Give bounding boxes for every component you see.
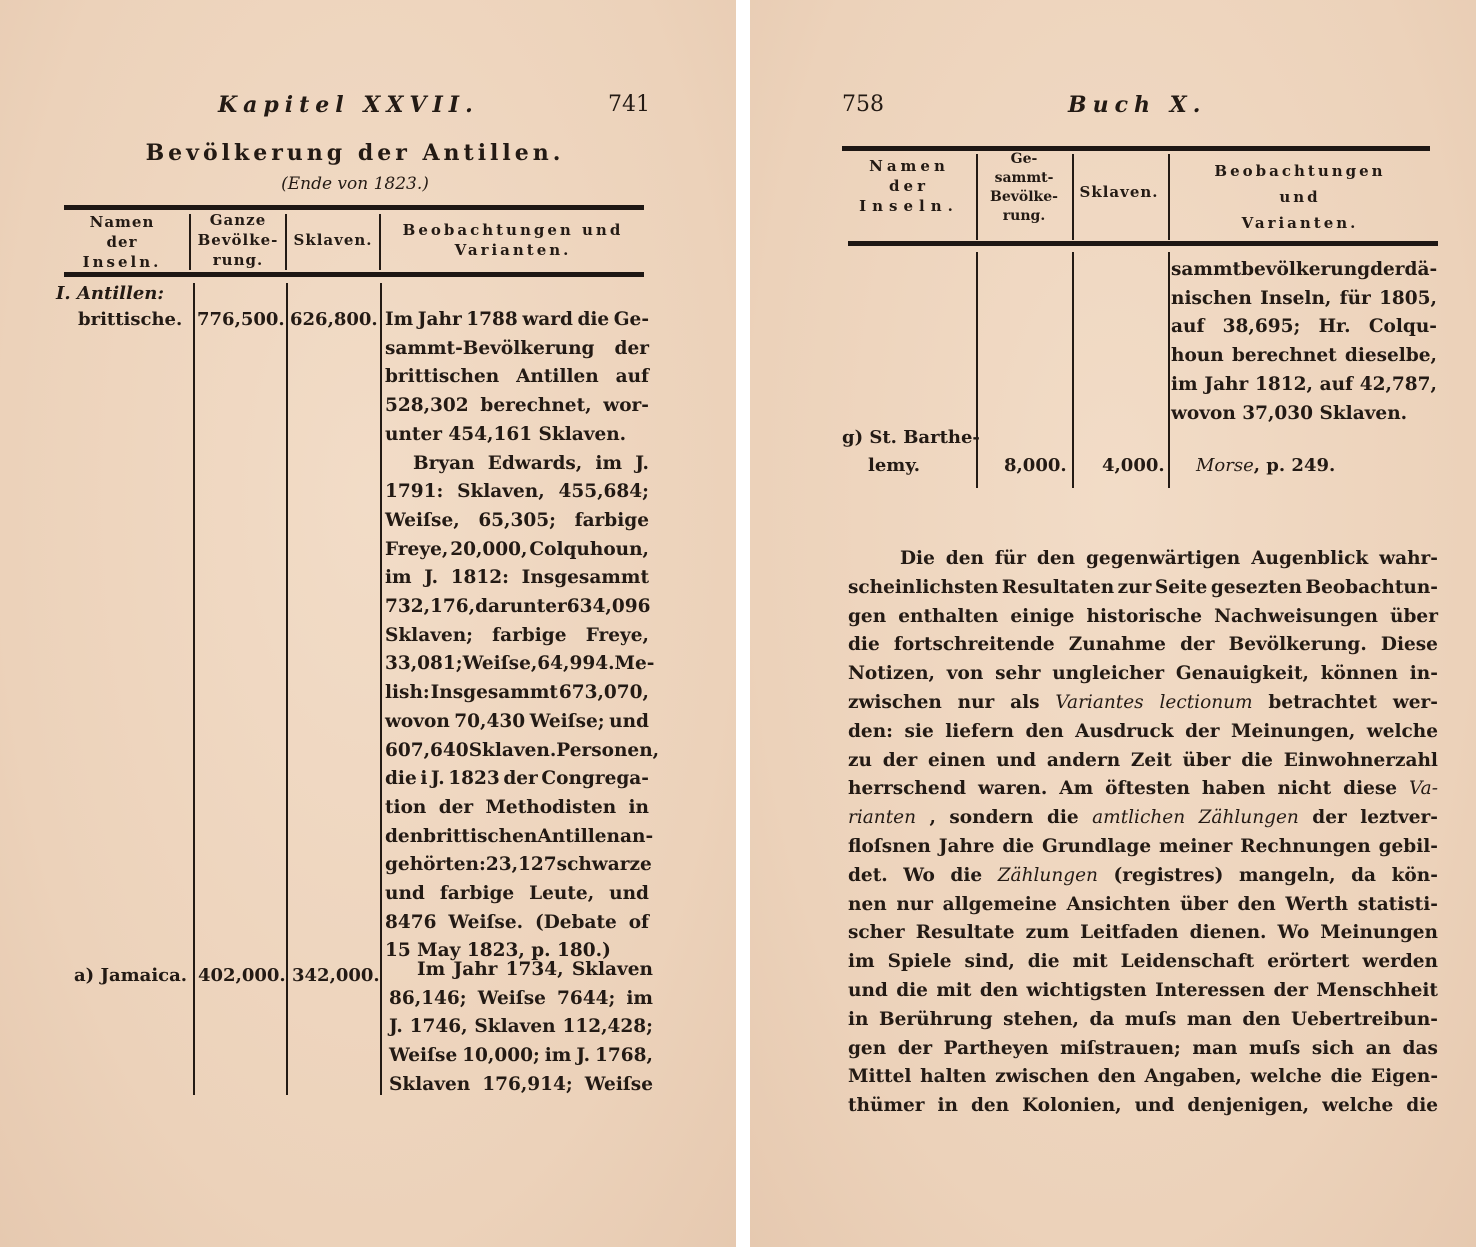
header-names: Namen der Inseln. bbox=[844, 156, 974, 216]
row-slaves: 342,000. bbox=[292, 962, 380, 991]
row-slaves: 626,800. bbox=[290, 306, 378, 335]
text-line: unddiemitdenwichtigstenInteressenderMens… bbox=[848, 977, 1438, 1006]
row-total: 776,500. bbox=[197, 306, 285, 335]
page-number: 758 bbox=[842, 92, 884, 117]
text-line: nennurallgemeineAnsichtenüberdenWerthsta… bbox=[848, 891, 1438, 920]
section-label: I. Antillen: bbox=[56, 280, 164, 309]
header-total: Ganze Bevölke- rung. bbox=[190, 210, 286, 270]
row-name: a) Jamaica. bbox=[74, 962, 187, 991]
top-rule bbox=[64, 205, 644, 210]
header-total: Ge- sammt- Bevölke- rung. bbox=[978, 150, 1070, 226]
text-line: MittelhaltenzwischendenAngaben,welchedie… bbox=[848, 1063, 1438, 1092]
text-line: imSpielesind,diemitLeidenschafterörtertw… bbox=[848, 948, 1438, 977]
header-observations: Beobachtungen und Varianten. bbox=[382, 220, 644, 260]
header-divider bbox=[1072, 154, 1074, 240]
header-names: Namen der Inseln. bbox=[64, 212, 180, 272]
text-line: rianten,sonderndieamtlichenZählungenderl… bbox=[848, 804, 1438, 833]
text-line: diefortschreitendeZunahmederBevölkerung.… bbox=[848, 631, 1438, 660]
header-divider bbox=[379, 214, 381, 270]
table-title: Bevölkerung der Antillen. bbox=[60, 140, 650, 166]
text-line: scherResultatezumLeitfadendienen.WoMeinu… bbox=[848, 919, 1438, 948]
text-line: zwischennuralsVarianteslectionumbetracht… bbox=[848, 689, 1438, 718]
left-page: Kapitel XXVII. 741 Bevölkerung der Antil… bbox=[0, 0, 736, 1247]
text-line: det.WodieZählungen(registres)mangeln,dak… bbox=[848, 862, 1438, 891]
text-line: Notizen,vonsehrungleicherGenauigkeit,kön… bbox=[848, 660, 1438, 689]
text-line: zudereinenundandernZeitüberdieEinwohnerz… bbox=[848, 747, 1438, 776]
top-rule bbox=[842, 146, 1430, 151]
text-line: scheinlichstenResultatenzurSeitegesezten… bbox=[848, 574, 1438, 603]
row-observation: Morse, p. 249. bbox=[1196, 452, 1335, 481]
text-line: floſsnenJahredieGrundlagemeinerRechnunge… bbox=[848, 833, 1438, 862]
header-bottom-rule bbox=[848, 241, 1438, 246]
header-divider bbox=[285, 214, 287, 270]
column-divider bbox=[193, 283, 195, 1095]
page-number: 741 bbox=[608, 92, 650, 117]
row-slaves: 4,000. bbox=[1102, 452, 1165, 481]
row-name: g) St. Barthe- bbox=[842, 424, 980, 453]
column-divider bbox=[286, 283, 288, 1095]
text-line: thümerindenKolonien,unddenjenigen,welche… bbox=[848, 1092, 1438, 1121]
text-line: genenthalteneinigehistorischeNachweisung… bbox=[848, 603, 1438, 632]
body-paragraph: DiedenfürdengegenwärtigenAugenblickwahr-… bbox=[848, 545, 1438, 1121]
row-name: brittische. bbox=[78, 306, 182, 335]
header-observations: Beobachtungen und Varianten. bbox=[1170, 158, 1430, 236]
text-line: DiedenfürdengegenwärtigenAugenblickwahr- bbox=[848, 545, 1438, 574]
header-divider bbox=[1168, 154, 1170, 240]
text-line: inBerührungstehen,damuſsmandenUebertreib… bbox=[848, 1006, 1438, 1035]
header-bottom-rule bbox=[64, 272, 644, 277]
continued-observations: sammtbevölkerungderdä- nischenInseln,für… bbox=[1171, 256, 1437, 428]
table-subtitle: (Ende von 1823.) bbox=[60, 174, 650, 194]
row-total: 402,000. bbox=[198, 962, 286, 991]
row-observations: ImJahr1788warddieGe- sammt-Bevölkerungde… bbox=[385, 306, 649, 966]
header-divider bbox=[976, 154, 978, 240]
column-divider bbox=[1072, 252, 1074, 488]
text-line: den:sielieferndenAusdruckderMeinungen,we… bbox=[848, 718, 1438, 747]
running-head: Kapitel XXVII. bbox=[218, 92, 479, 118]
text-line: genderPartheyenmiſstrauen;manmuſssichand… bbox=[848, 1035, 1438, 1064]
running-head: Buch X. bbox=[1068, 92, 1206, 118]
header-slaves: Sklaven. bbox=[1072, 182, 1166, 202]
row-observations: ImJahr1734,Sklaven 86,146;Weiſse7644;im … bbox=[389, 956, 653, 1100]
text-line: herrschendwaren.Amöftestenhabennichtdies… bbox=[848, 775, 1438, 804]
header-slaves: Sklaven. bbox=[287, 230, 379, 250]
column-divider bbox=[1168, 252, 1170, 488]
row-total: 8,000. bbox=[1004, 452, 1067, 481]
row-name: lemy. bbox=[868, 452, 920, 481]
header-divider bbox=[189, 214, 191, 270]
column-divider bbox=[380, 283, 382, 1095]
